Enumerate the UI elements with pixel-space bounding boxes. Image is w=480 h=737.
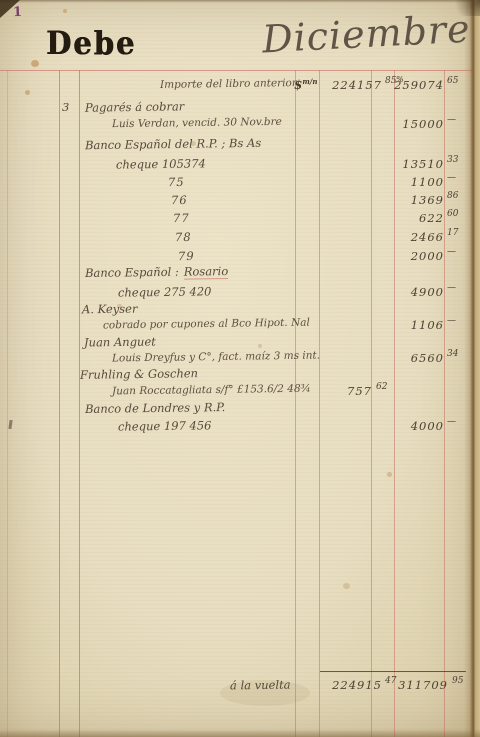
ledger-footer-row: á la vuelta 224915 47 311709 95 [0, 678, 480, 696]
total-col1-pesos: 224915 [300, 678, 382, 692]
amount-col2-cents: 17 [447, 228, 458, 238]
ledger-description: cheque 275 420 [118, 284, 212, 299]
total-col2-pesos: 311709 [380, 678, 448, 692]
amount-col2-pesos: 4000 [380, 419, 444, 433]
amount-col2-pesos: 622 [380, 211, 444, 225]
ledger-row: 75 1100 — [0, 175, 480, 193]
amount-col2-pesos: 259074 [380, 78, 444, 92]
ledger-page: 1 Debe Diciembre Importe del libro anter… [0, 0, 480, 737]
ledger-description: Louis Dreyfus y C°, fact. maíz 3 ms int. [112, 350, 320, 365]
amount-col2-cents: — [447, 316, 456, 326]
ledger-description: Pagarés á cobrar [85, 99, 184, 114]
amount-col2-pesos: 13510 [380, 157, 444, 171]
ledger-description: A. Keyser [82, 302, 138, 317]
page-edge-right [464, 0, 480, 737]
ledger-description: Juan Anguet [84, 334, 156, 349]
ledger-row: 3 Pagarés á cobrar [0, 100, 480, 118]
amount-col2-cents: 65 [447, 76, 458, 86]
ledger-row: Fruhling & Goschen [0, 367, 480, 385]
ledger-description: cheque 197 456 [118, 418, 212, 433]
amount-col1-cents: 62 [376, 382, 387, 392]
amount-col1-pesos: 757 [300, 384, 372, 398]
amount-col2-cents: 60 [447, 209, 458, 219]
ledger-description: Juan Roccatagliata s/f° £153.6/2 48¾ [112, 383, 311, 398]
ledger-row: Juan Roccatagliata s/f° £153.6/2 48¾ 757… [0, 384, 480, 402]
page-edge-top [0, 0, 480, 3]
cheque-number: 77 [173, 211, 190, 225]
ledger-row: 77 622 60 [0, 211, 480, 229]
cheque-number: 76 [171, 193, 188, 207]
amount-col2-cents: 33 [447, 155, 458, 165]
ledger-description: Fruhling & Goschen [80, 366, 198, 382]
cheque-number: 75 [168, 175, 185, 189]
ledger-row: Luis Verdan, vencid. 30 Nov.bre 15000 — [0, 117, 480, 135]
ledger-description: cheque 105374 [116, 156, 206, 171]
ledger-date: 3 [62, 100, 69, 114]
ledger-description: Importe del libro anterior [160, 77, 297, 91]
ledger-row: Banco de Londres y R.P. [0, 401, 480, 419]
month-title: Diciembre [261, 7, 472, 62]
ledger-row: cheque 197 456 4000 — [0, 419, 480, 437]
ledger-row: 76 1369 86 [0, 193, 480, 211]
amount-col2-pesos: 15000 [380, 117, 444, 131]
amount-col2-pesos: 1100 [380, 175, 444, 189]
foxing-spot [31, 60, 39, 67]
cheque-number: 78 [175, 230, 192, 244]
ledger-description: Banco de Londres y R.P. [85, 400, 225, 416]
cheque-number: 79 [178, 249, 195, 263]
amount-col2-pesos: 2000 [380, 249, 444, 263]
ledger-description: Banco Español :Rosario [85, 264, 228, 280]
amount-col2-cents: — [447, 247, 456, 257]
foxing-spot [343, 583, 350, 589]
foxing-spot [387, 472, 392, 477]
ledger-row: Banco Español del R.P. ; Bs As [0, 137, 480, 155]
ledger-row: Importe del libro anterior $m/n 224157 8… [0, 78, 480, 96]
ledger-row: 78 2466 17 [0, 230, 480, 248]
header-rule [0, 70, 480, 71]
section-title: Debe [46, 25, 136, 62]
amount-col2-pesos: 6560 [380, 351, 444, 365]
ledger-row: cheque 105374 13510 33 [0, 157, 480, 175]
ledger-row: cobrado por cupones al Bco Hipot. Nal 11… [0, 318, 480, 336]
total-col2-cents: 95 [452, 676, 463, 686]
ledger-description: Banco Español del R.P. ; Bs As [85, 136, 261, 152]
totals-rule [320, 671, 466, 672]
ledger-description: Luis Verdan, vencid. 30 Nov.bre [112, 116, 282, 130]
amount-col2-cents: — [447, 115, 456, 125]
page-edge-bottom [0, 729, 480, 737]
amount-col2-cents: — [447, 283, 456, 293]
page-corner-shadow [450, 0, 480, 16]
ledger-description: cobrado por cupones al Bco Hipot. Nal [103, 317, 310, 332]
page-corner-shadow [0, 0, 20, 18]
amount-col2-pesos: 4900 [380, 285, 444, 299]
carry-forward-label: á la vuelta [230, 678, 291, 693]
amount-col2-cents: 34 [447, 349, 458, 359]
amount-col2-pesos: 2466 [380, 230, 444, 244]
amount-col2-pesos: 1106 [380, 318, 444, 332]
amount-col1-pesos: 224157 [300, 78, 382, 92]
amount-col2-pesos: 1369 [380, 193, 444, 207]
ledger-row: Banco Español :Rosario [0, 265, 480, 283]
ledger-row: cheque 275 420 4900 — [0, 285, 480, 303]
amount-col2-cents: — [447, 173, 456, 183]
amount-col2-cents: 86 [447, 191, 458, 201]
amount-col2-cents: — [447, 417, 456, 427]
foxing-spot [63, 9, 67, 13]
